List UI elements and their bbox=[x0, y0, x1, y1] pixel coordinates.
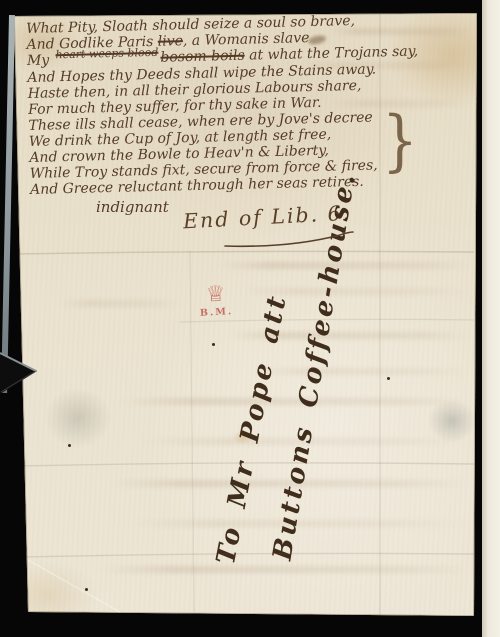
verse-block: What Pity, Sloath should seize a soul so… bbox=[26, 11, 421, 198]
bm-stamp: ♕ B.M. bbox=[197, 283, 235, 319]
ink-fleck bbox=[85, 588, 88, 591]
struck-text: live bbox=[158, 33, 184, 50]
crown-icon: ♕ bbox=[197, 283, 234, 307]
showthrough-line bbox=[60, 300, 180, 307]
stamp-initials: B.M. bbox=[198, 306, 235, 319]
ink-fleck bbox=[68, 444, 71, 447]
verse-text: at what the Trojans say, bbox=[244, 43, 418, 63]
struck-text: heart weeps blood bbox=[55, 46, 158, 62]
manuscript-page: What Pity, Sloath should seize a soul so… bbox=[0, 0, 500, 637]
ink-fleck bbox=[212, 343, 215, 346]
triplet-brace: } bbox=[382, 109, 418, 173]
page-fore-edge bbox=[1, 15, 15, 393]
struck-text: bosom boils bbox=[160, 48, 245, 66]
showthrough-line bbox=[100, 566, 470, 573]
verse-text: My bbox=[27, 52, 54, 69]
manuscript-scan: What Pity, Sloath should seize a soul so… bbox=[0, 0, 500, 637]
adjacent-page-edge bbox=[482, 0, 500, 637]
showthrough-line bbox=[250, 368, 470, 375]
inserted-word: indignant bbox=[96, 198, 169, 216]
ink-fleck bbox=[387, 377, 390, 380]
